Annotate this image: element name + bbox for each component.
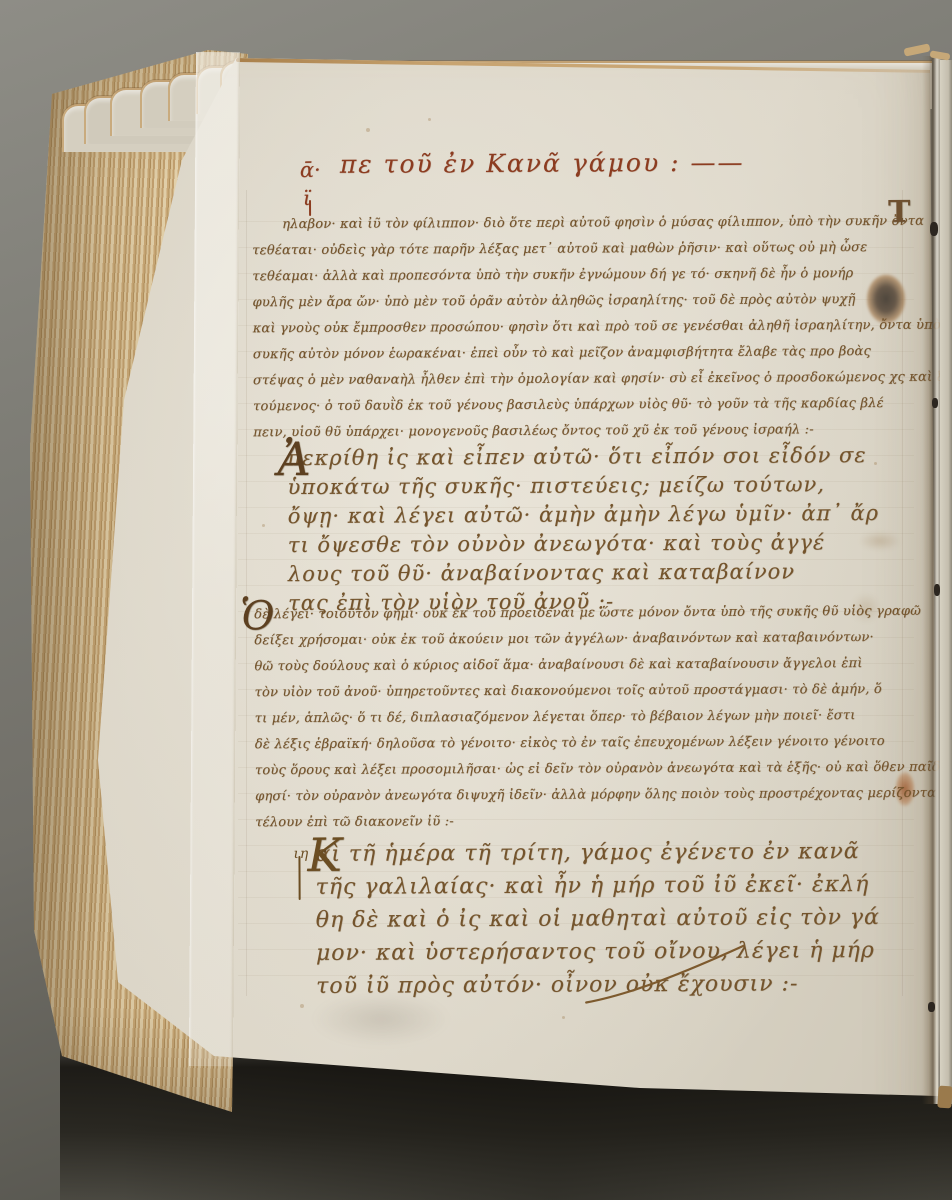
- scribal-flourish: [576, 940, 756, 1011]
- commentary-line: θῶ τοὺς δούλους καὶ ὁ κύριος αἰδοῖ ἅμα· …: [254, 651, 926, 681]
- commentary-line: τούμενος· ὁ τοῦ δαυῒδ ἐκ τοῦ γένους βασι…: [253, 391, 913, 420]
- commentary-line: συκῆς αὐτὸν μόνον ἑωρακέναι· ἐπεὶ οὖν τὸ…: [253, 339, 913, 368]
- gospel-lemma-block-1: Ἀ πεκρίθη ἰς καὶ εἶπεν αὐτῶ· ὅτι εἶπόν σ…: [287, 441, 888, 618]
- commentary-line: τοὺς ὅρους καὶ λέξει προσομιλῆσαι· ὡς εἰ…: [255, 755, 927, 785]
- margin-number-stem: [298, 856, 300, 900]
- commentary-line: στέψας ὁ μὲν ναθαναὴλ ἦλθεν ἐπὶ τὴν ὁμολ…: [253, 365, 913, 394]
- commentary-line: τι μέν, ἁπλῶς· ὅ τι δέ, διπλασιαζόμενον …: [255, 703, 927, 733]
- lemma-line: αὶ τῆ ἡμέρα τῆ τρίτη, γάμος ἐγένετο ἐν κ…: [315, 835, 915, 871]
- section-number: ᾱ·: [300, 158, 321, 182]
- lemma-line: τι ὄψεσθε τὸν οὐνὸν ἀνεωγότα· καὶ τοὺς ἀ…: [288, 528, 888, 560]
- lemma-line: λους τοῦ θῦ· ἀναβαίνοντας καὶ καταβαίνον: [288, 557, 888, 589]
- right-margin-gloss-mark: Τ: [888, 195, 911, 230]
- commentary-line: δὲ λέξις ἑβραϊκή· δηλοῦσα τὸ γένοιτο· εἰ…: [255, 729, 927, 759]
- lemma-line: ὄψῃ· καὶ λέγει αὐτῶ· ἀμὴν ἀμὴν λέγω ὑμῖν…: [288, 499, 888, 531]
- text-layer: ᾱ· πε τοῦ ἐν Κανᾶ γάμου : —— ϊ ηλαβον· κ…: [0, 0, 952, 1200]
- binding-gutter-fold: [922, 56, 942, 1104]
- conservation-tape-strip: [189, 52, 240, 1066]
- commentary-line: τὸν υἱὸν τοῦ ἀνοῦ· ὑπηρετοῦντες καὶ διακ…: [255, 677, 927, 707]
- commentary-line: τεθέαται· οὐδεὶς γὰρ τότε παρῆν λέξας με…: [252, 235, 912, 264]
- drop-cap-initial: Ἀ: [277, 436, 311, 482]
- binding-board-fragment: [937, 1086, 952, 1109]
- lemma-line: θη δὲ καὶ ὁ ἰς καὶ οἱ μαθηταὶ αὐτοῦ εἰς …: [316, 901, 916, 937]
- lemma-line: τῆς γαλιλαίας· καὶ ἦν ἡ μήρ τοῦ ἰῦ ἐκεῖ·…: [316, 868, 916, 904]
- commentary-line: καὶ γνοὺς οὐκ ἔμπροσθεν προσώπου· φησὶν …: [253, 313, 913, 342]
- commentary-line: τέλουν ἐπὶ τῶ διακονεῖν ἰῦ :-: [255, 807, 927, 837]
- commentary-line: φησί· τὸν οὐρανὸν ἀνεωγότα διψυχῆ ἰδεῖν·…: [255, 781, 927, 811]
- binding-speck: [930, 222, 938, 236]
- photo-of-manuscript: { "manuscript": { "rubric": { "section_n…: [0, 0, 952, 1200]
- commentary-line: τεθέαμαι· ἀλλὰ καὶ προπεσόντα ὑπὸ τὴν συ…: [252, 261, 912, 290]
- commentary-block-2: Ὁ δὲ λέγει· τοιοῦτόν φημι· οὐκ ἐκ τοῦ πρ…: [254, 599, 927, 837]
- chapter-title-rubric: πε τοῦ ἐν Κανᾶ γάμου : ——: [340, 148, 745, 179]
- lemma-line: πεκρίθη ἰς καὶ εἶπεν αὐτῶ· ὅτι εἶπόν σοι…: [287, 441, 887, 473]
- commentary-line: ηλαβον· καὶ ἰῦ τὸν φίλιππον· διὸ ὅτε περ…: [252, 209, 912, 238]
- commentary-block-1: ηλαβον· καὶ ἰῦ τὸν φίλιππον· διὸ ὅτε περ…: [252, 209, 913, 446]
- drop-cap-initial: Ὁ: [240, 596, 275, 636]
- drop-cap-initial: Κ: [307, 832, 343, 878]
- facing-page-sliver: [940, 60, 952, 1104]
- binding-speck: [934, 584, 940, 596]
- lemma-line: ὑποκάτω τῆς συκῆς· πιστεύεις; μείζω τούτ…: [287, 470, 887, 502]
- binding-speck: [932, 398, 938, 408]
- binding-speck: [928, 1002, 935, 1012]
- commentary-line: φυλῆς μὲν ἄρα ὤν· ὑπὸ μὲν τοῦ ὁρᾶν αὐτὸν…: [252, 287, 912, 316]
- commentary-line: δὲ λέγει· τοιοῦτόν φημι· οὐκ ἐκ τοῦ προε…: [254, 599, 926, 629]
- commentary-line: δείξει χρήσομαι· οὐκ ἐκ τοῦ ἀκούειν μοι …: [254, 625, 926, 655]
